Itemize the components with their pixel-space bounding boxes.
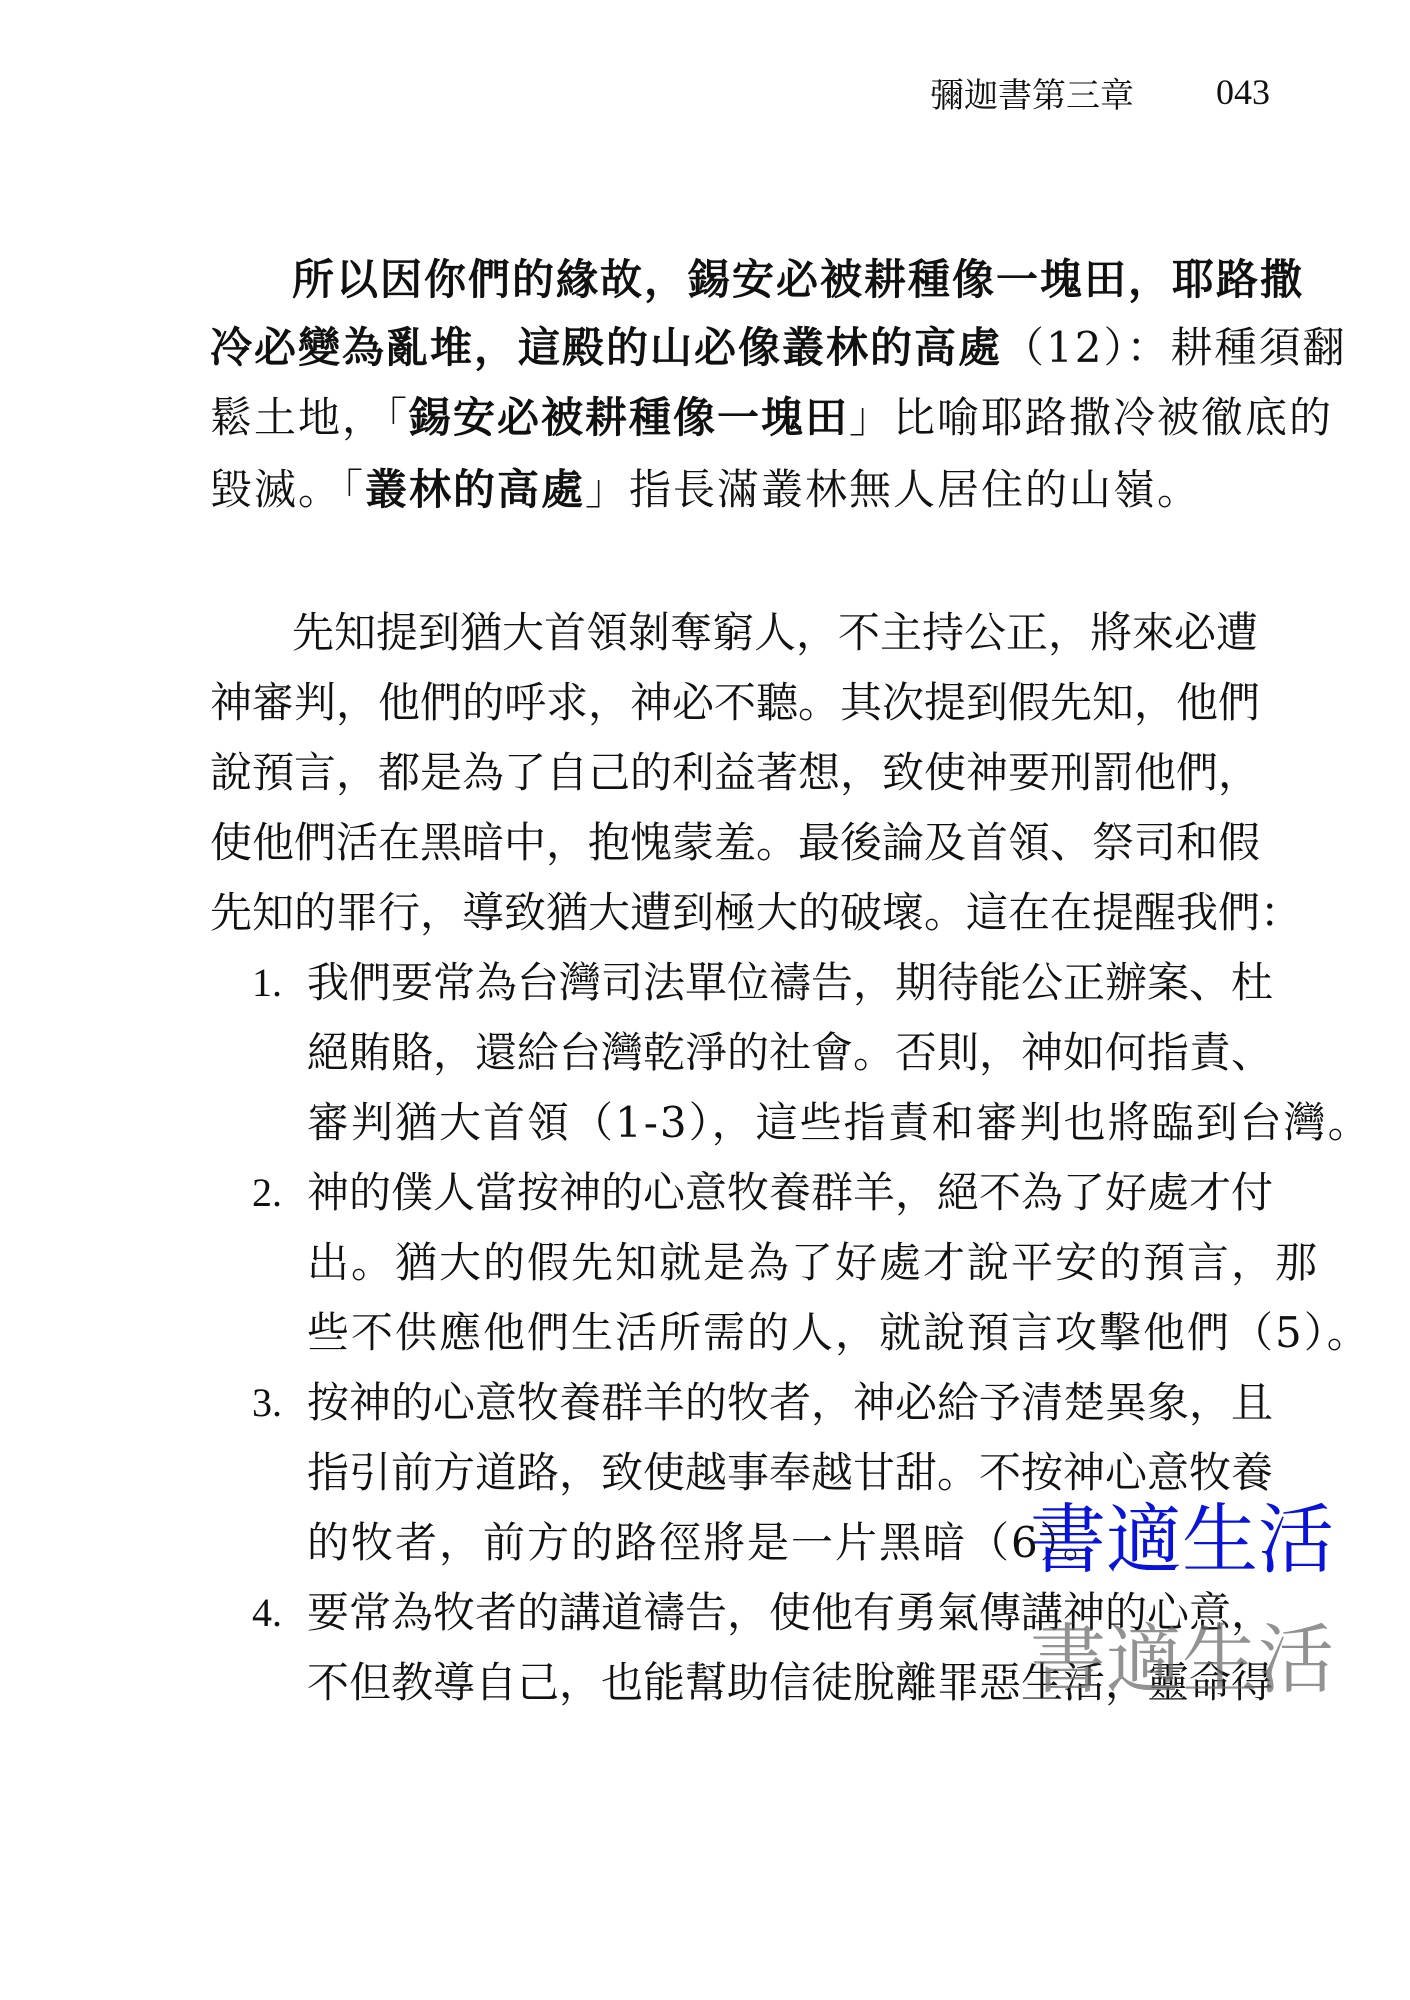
paragraph-line: 神審判，他們的呼求，神必不聽。其次提到假先知，他們: [210, 668, 1225, 738]
paragraph-line: 冷必變為亂堆，這殿的山必像叢林的高處（12）：耕種須翻: [210, 313, 1225, 383]
list-line: 我們要常為台灣司法單位禱告，期待能公正辦案、杜: [307, 948, 1225, 1018]
list-line: 審判猶大首領（1-3），這些指責和審判也將臨到台灣。: [307, 1088, 1225, 1158]
quote-bold: 叢林的高處: [365, 465, 585, 514]
list-line: 按神的心意牧養群羊的牧者，神必給予清楚異象，且: [307, 1368, 1225, 1438]
verse-quote-bold: 所以因你們的緣故，錫安必被耕種像一塊田，耶路撒: [292, 255, 1304, 304]
paragraph-line: 先知提到猶大首領剝奪窮人，不主持公正，將來必遭: [292, 598, 1225, 668]
list-line: 絕賄賂，還給台灣乾淨的社會。否則，神如何指責、: [307, 1018, 1225, 1088]
list-line: 些不供應他們生活所需的人，就說預言攻擊他們（5）。: [307, 1298, 1225, 1368]
list-line: 神的僕人當按神的心意牧養群羊，絕不為了好處才付: [307, 1158, 1225, 1228]
paragraph-line: 說預言，都是為了自己的利益著想，致使神要刑罰他們，: [210, 738, 1225, 808]
paragraph-line: 鬆土地，「錫安必被耕種像一塊田」比喻耶路撒冷被徹底的: [210, 383, 1225, 453]
list-line: 出。猶大的假先知就是為了好處才說平安的預言，那: [307, 1228, 1225, 1298]
running-header: 彌迦書第三章 043: [930, 62, 1270, 122]
watermark-gray: 書適生活: [1030, 1615, 1334, 1705]
verse-reference: （12）：耕種須翻: [1002, 323, 1346, 372]
paragraph-line: 所以因你們的緣故，錫安必被耕種像一塊田，耶路撒: [292, 245, 1225, 315]
plain-text: 」比喻耶路撒冷被徹底的: [849, 393, 1333, 442]
list-number: 3.: [252, 1368, 282, 1438]
plain-text: 鬆土地，「: [210, 393, 409, 442]
quote-bold: 錫安必被耕種像一塊田: [409, 393, 849, 442]
page-number: 043: [1216, 71, 1270, 113]
paragraph-line: 先知的罪行，導致猶大遭到極大的破壞。這在在提醒我們：: [210, 878, 1225, 948]
paragraph-line: 使他們活在黑暗中，抱愧蒙羞。最後論及首領、祭司和假: [210, 808, 1225, 878]
plain-text: 毀滅。「: [210, 465, 365, 514]
paragraph-line: 毀滅。「叢林的高處」指長滿叢林無人居住的山嶺。: [210, 455, 1225, 525]
verse-quote-bold: 冷必變為亂堆，這殿的山必像叢林的高處: [210, 323, 1002, 372]
watermark-blue: 書適生活: [1030, 1495, 1334, 1585]
plain-text: 」指長滿叢林無人居住的山嶺。: [585, 465, 1201, 514]
list-number: 1.: [252, 948, 282, 1018]
list-number: 4.: [252, 1578, 282, 1648]
list-number: 2.: [252, 1158, 282, 1228]
chapter-title: 彌迦書第三章: [930, 68, 1134, 117]
